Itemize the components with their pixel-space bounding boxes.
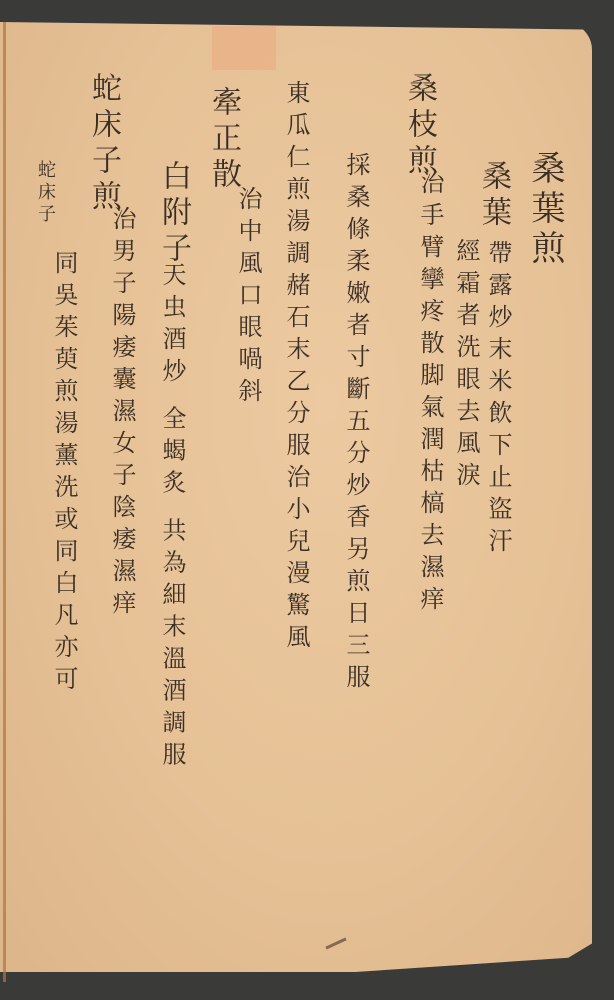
binding-edge	[3, 22, 6, 982]
entry-heading-baifuzi: 白附子	[158, 160, 188, 268]
entry-body-zhinanzi: 治男子陽痿囊濕女子陰痿濕痒	[110, 206, 134, 622]
entry-body-qianzheng: 治中風口眼喎斜	[236, 186, 260, 410]
scanned-page: 桑葉煎 桑葉 帶露炒末米飲下止盜汗 經霜者洗眼去風淚 桑枝煎 治手臂攣疼散脚氣潤…	[0, 0, 614, 1000]
entry-body-sangzhi: 治手臂攣疼散脚氣潤枯槁去濕痒	[418, 170, 442, 618]
section-title-sangye-jian: 桑葉煎	[528, 150, 562, 270]
entry-body-shechuangzi: 同吳茱萸煎湯薰洗或同白凡亦可	[52, 250, 76, 698]
red-seal-mark	[212, 26, 276, 70]
entry-body-jingshuang: 經霜者洗眼去風淚	[454, 238, 478, 494]
section-title-sangzhi-jian: 桑枝煎	[404, 72, 434, 180]
entry-body-sangye: 帶露炒末米飲下止盜汗	[486, 240, 510, 560]
entry-heading-shechuangzi: 蛇床子	[36, 160, 54, 226]
entry-body-caisangtiao: 採桑條柔嫩者寸斷五分炒香另煎日三服	[344, 152, 368, 696]
section-title-qianzheng-san: 牽正散	[208, 86, 238, 194]
entry-body-dongguaren: 東瓜仁煎湯調赭石末乙分服治小兒漫驚風	[284, 80, 308, 656]
section-title-shechuangzi-jian: 蛇床子煎	[88, 72, 118, 216]
entry-body-baifuzi: 天虫酒炒 全蝎炙 共為細末溫酒調服	[160, 262, 184, 773]
entry-heading-sangye: 桑葉	[478, 160, 508, 232]
